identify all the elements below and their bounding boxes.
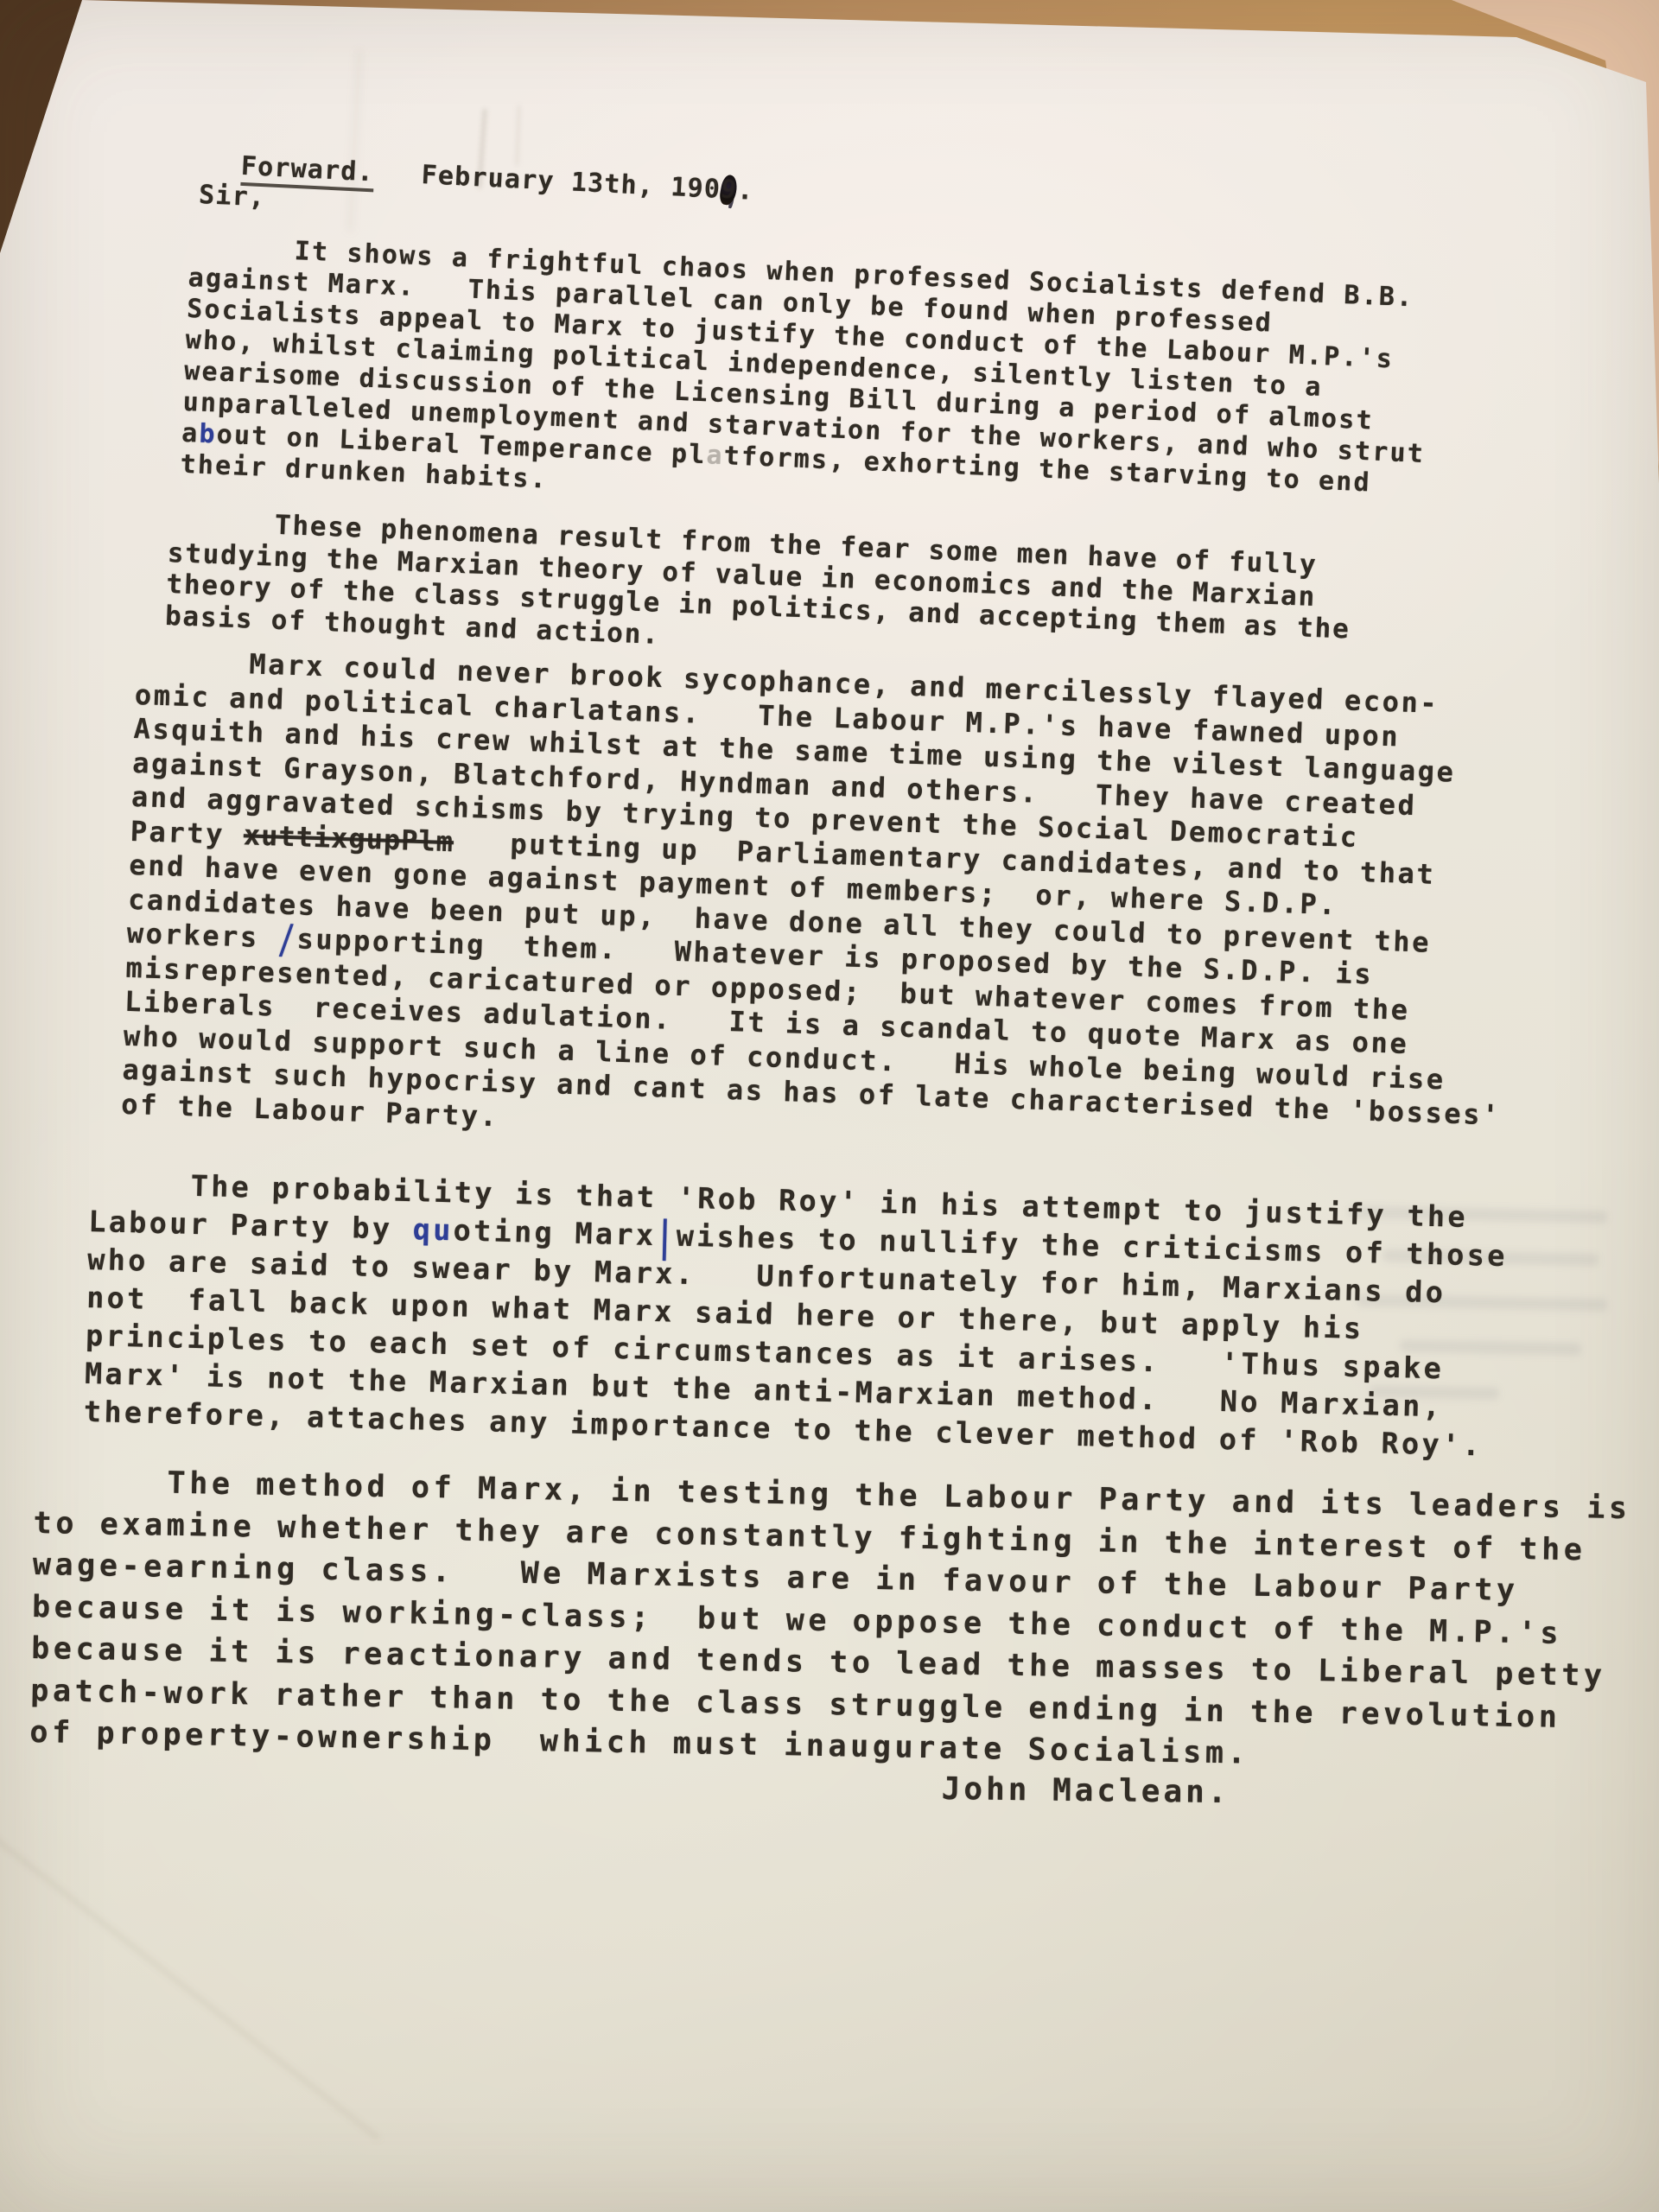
letter-paragraph-4: The probability is that 'Rob Roy' in his…	[83, 1165, 1509, 1465]
photo-of-typewritten-letter: { "colors": { "paper": "#ece7dd", "ink":…	[0, 0, 1659, 2212]
signature: John Maclean.	[941, 1771, 1230, 1810]
paper-crease	[0, 1829, 379, 2139]
letter-paragraph-3: Marx could never brook sycophance, and m…	[121, 644, 1516, 1167]
letter-date-period: .	[736, 175, 754, 207]
letter-paragraph-1: It shows a frightful chaos when professe…	[180, 232, 1432, 532]
letter-date: February 13th, 190	[421, 160, 721, 205]
salutation: Sir,	[198, 180, 266, 213]
letter-heading: Forward.February 13th, 1909.	[207, 119, 757, 207]
letter-paragraph-5: The method of Marx, in testing the Labou…	[29, 1460, 1631, 1782]
